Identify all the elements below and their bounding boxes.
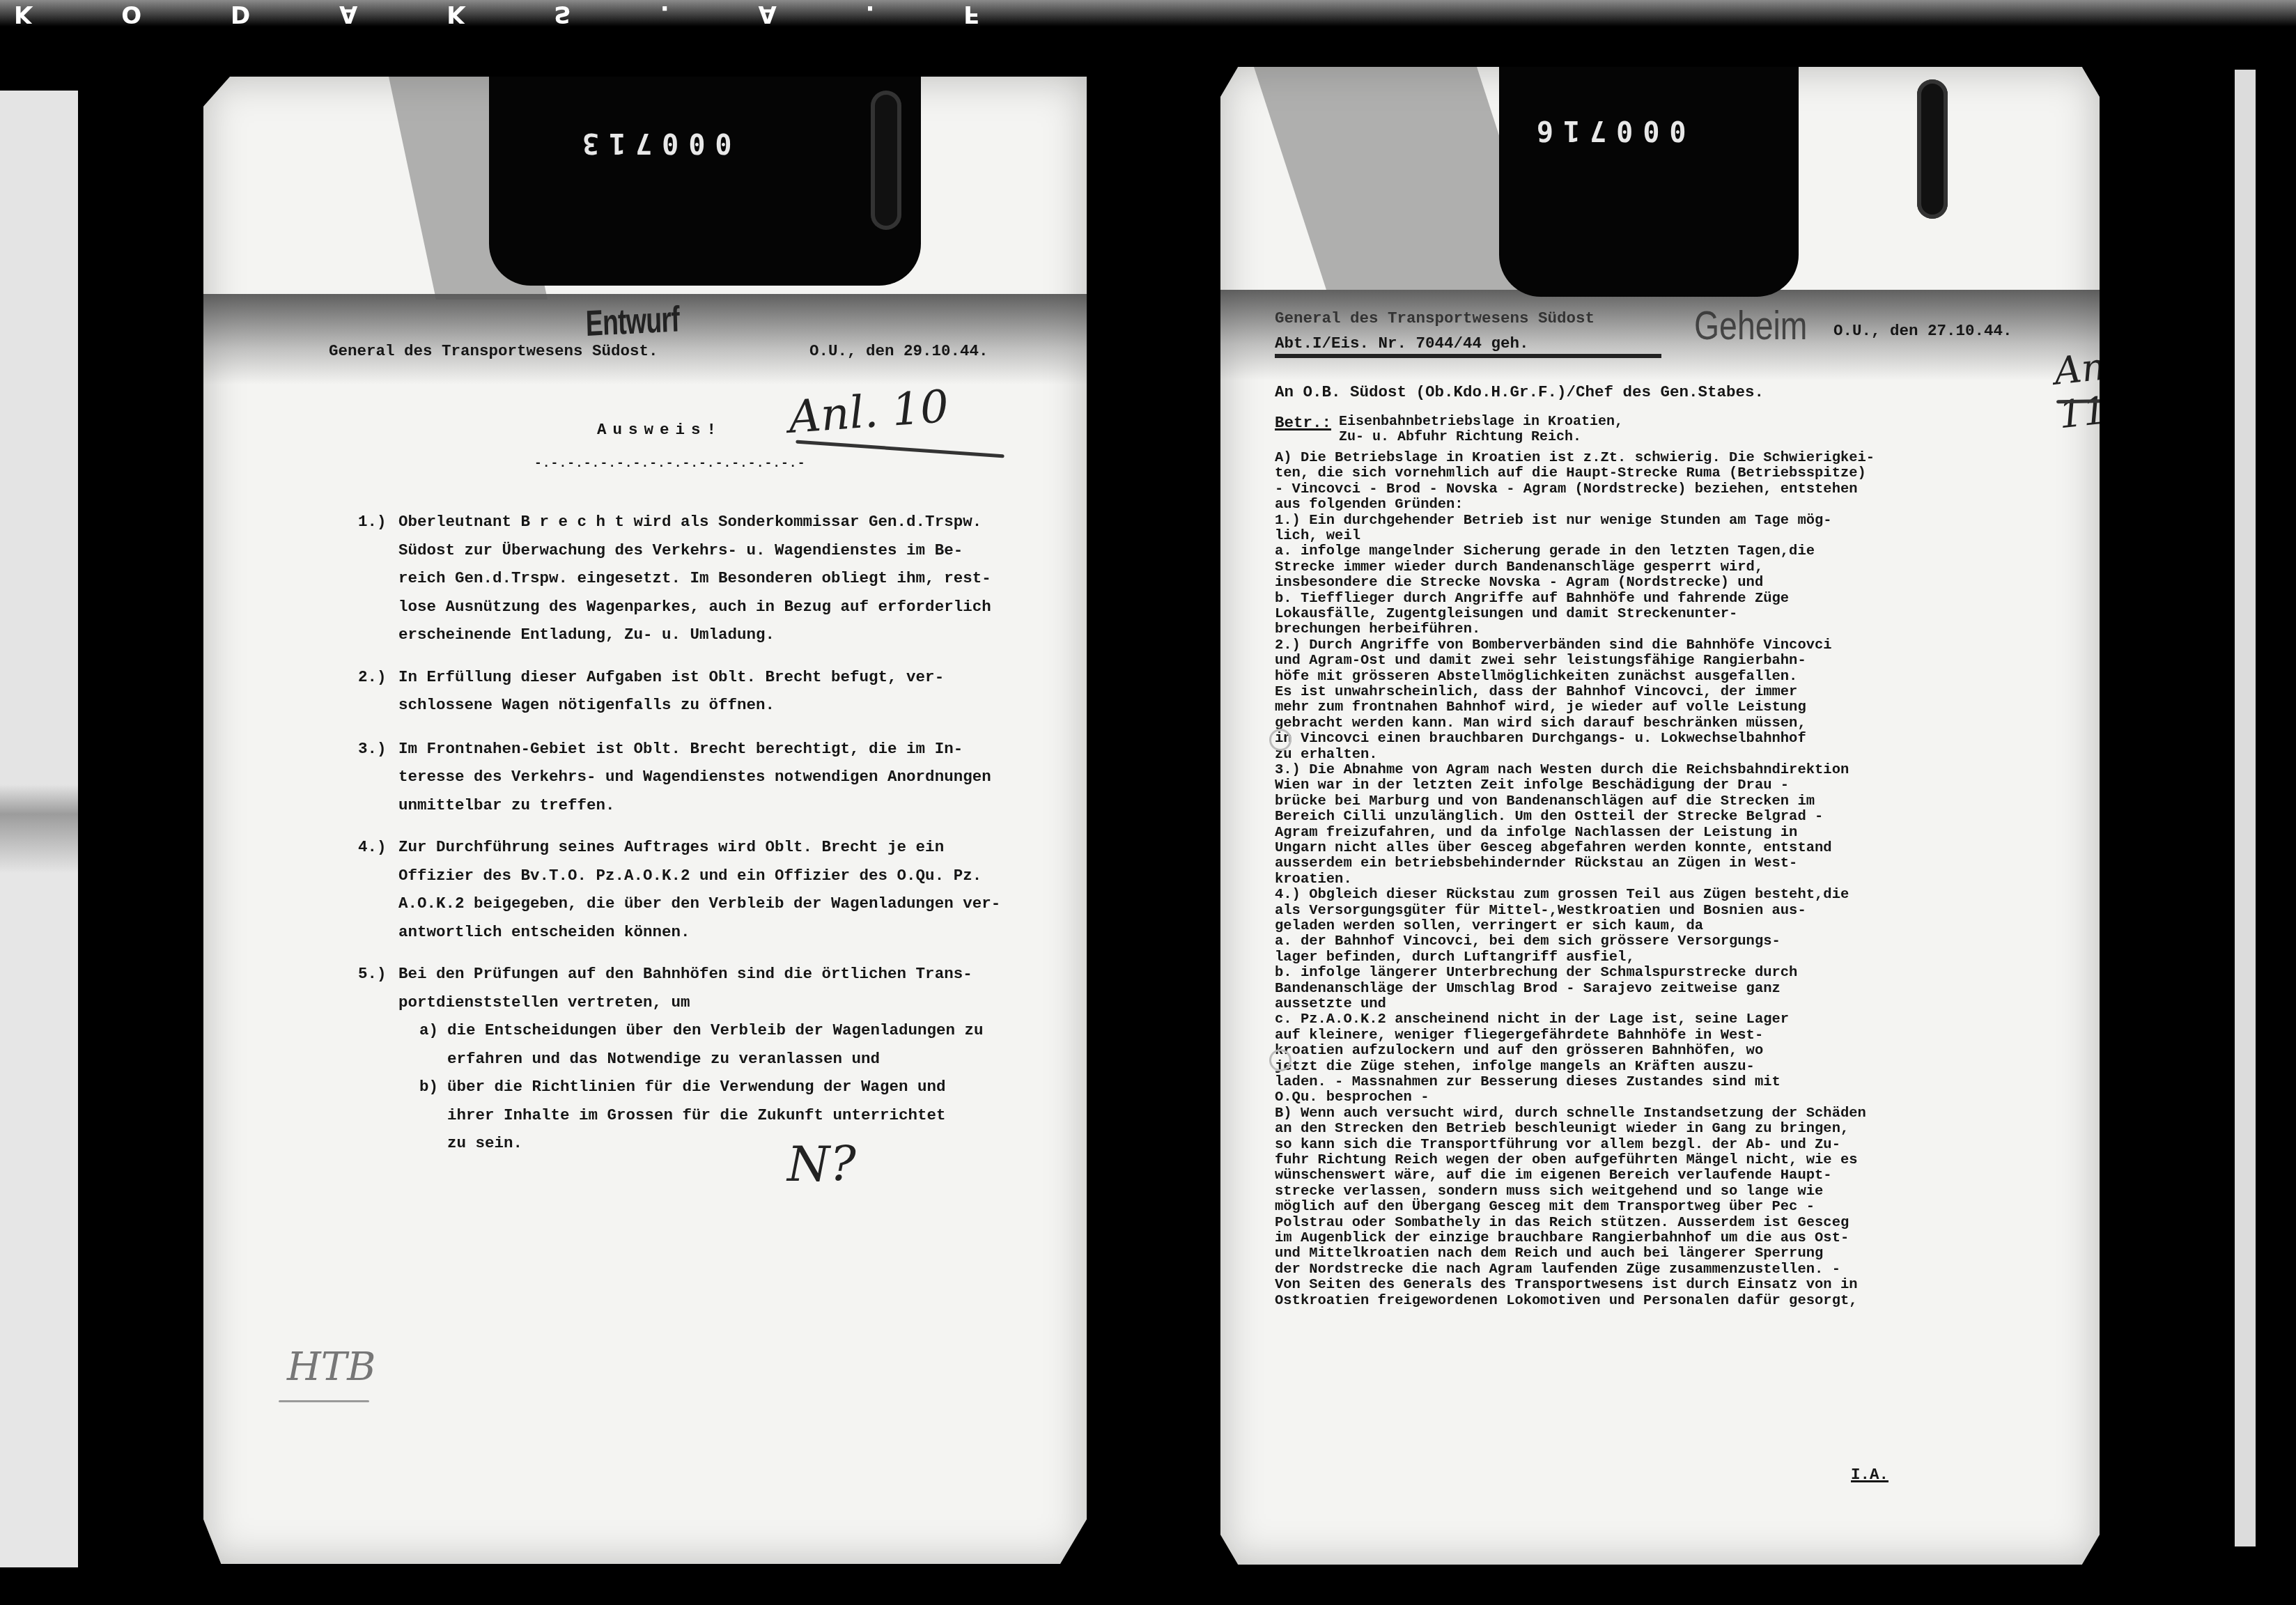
sender-line: General des Transportwesens Südost [1275,311,1595,327]
body-line: laden. - Massnahmen zur Besserung dieses… [1275,1076,1781,1090]
paragraph-line: In Erfüllung dieser Aufgaben ist Oblt. B… [398,669,944,685]
sub-item-line: ihrer Inhalte im Grossen für die Zukunft… [447,1108,946,1124]
paragraph-number: 1.) [358,514,387,530]
left-document-page: 000713 Entwurf General des Transportwese… [203,77,1087,1564]
body-line: Bereich Cilli unzulänglich. Um den Ostte… [1275,810,1823,825]
annex-underline [796,440,1004,458]
body-line: der Nordstrecke die nach Agram laufenden… [1275,1263,1840,1278]
sub-item-line: zu sein. [447,1135,522,1152]
reference-number: Abt.I/Eis. Nr. 7044/44 geh. [1275,336,1529,352]
footer-note-underline [279,1400,369,1402]
body-line: zu erhalten. [1275,748,1378,763]
sender-line: General des Transportwesens Südost. [329,343,658,359]
body-line: lich, weil [1275,529,1360,544]
right-document-page: 000716 General des Transportwesens Südos… [1220,67,2100,1565]
body-line: in Vincovci einen brauchbaren Durchgangs… [1275,732,1806,747]
sub-item-letter: a) [419,1023,438,1039]
body-line: b. Tiefflieger durch Angriffe auf Bahnhö… [1275,592,1789,607]
body-line: Es ist unwahrscheinlich, dass der Bahnho… [1275,685,1797,700]
paragraph-line: A.O.K.2 beigegeben, die über den Verblei… [398,896,1000,912]
paragraph-line: unmittelbar zu treffen. [398,798,615,814]
handwritten-footer-note: HTB [287,1344,375,1390]
subject-line: Eisenbahnbetriebslage in Kroatien, [1339,415,1623,429]
frame-counter-device: 000716 [1499,67,1799,297]
body-line: kroatien. [1275,873,1352,887]
place-date: O.U., den 27.10.44. [1833,323,2012,339]
paragraph-line: erscheinende Entladung, Zu- u. Umladung. [398,627,775,643]
handwritten-annex-number: Anl. 10 [787,381,951,444]
film-edge-text: K O D A K S . A . F [14,0,1021,28]
sub-item-line: die Entscheidungen über den Verbleib der… [447,1023,984,1039]
paragraph-number: 4.) [358,839,387,855]
paragraph-line: Oberleutnant B r e c h t wird als Sonder… [398,514,982,530]
body-line: a. der Bahnhof Vincovci, bei dem sich gr… [1275,935,1781,949]
handwritten-annex-number: Anl. 11 [2052,342,2136,437]
punch-hole [1269,729,1291,751]
body-line: Ungarn nicht alles über Gesceg abgefahre… [1275,842,1832,856]
body-line: im Augenblick der einzige brauchbare Ran… [1275,1232,1849,1246]
body-line: Ostkroatien freigewordenen Lokomotiven u… [1275,1294,1858,1309]
paragraph-line: teresse des Verkehrs- und Wagendienstes … [398,769,991,785]
handwritten-initial-mark: N? [787,1135,856,1193]
body-line: c. Pz.A.O.K.2 anscheinend nicht in der L… [1275,1013,1789,1028]
paragraph-line: Im Frontnahen-Gebiet ist Oblt. Brecht be… [398,741,963,757]
body-line: brechungen herbeiführen. [1275,623,1480,637]
document-title: Ausweis! [597,422,722,438]
body-line: so kann sich die Transportführung vor al… [1275,1138,1840,1153]
signature-abbrev: I.A. [1851,1467,1888,1483]
frame-counter-device: 000713 [489,77,921,286]
title-rule: -.-.-.-.-.-.-.-.-.-.-.-.-.-.-.-.- [534,458,805,470]
body-line: und Agram-Ost und damit zwei sehr leistu… [1275,654,1806,669]
neighbour-frame-left [0,91,78,1567]
body-line: ausserdem ein betriebsbehindernder Rücks… [1275,857,1797,871]
body-line: strecke verlassen, sondern muss sich wei… [1275,1185,1823,1200]
paragraph-line: portdienststellen vertreten, um [398,995,690,1011]
counter-knob [1917,79,1948,219]
body-line: Wien war in der letzten Zeit infolge Bes… [1275,779,1789,793]
paragraph-line: lose Ausnützung des Wagenparkes, auch in… [398,599,991,615]
body-line: geladen werden sollen, verringert er sic… [1275,920,1703,934]
subject-label: Betr.: [1275,415,1331,431]
body-line: als Versorgungsgüter für Mittel-,Westkro… [1275,904,1806,919]
paragraph-line: Zur Durchführung seines Auftrages wird O… [398,839,944,855]
addressee: An O.B. Südost (Ob.Kdo.H.Gr.F.)/Chef des… [1275,385,1764,401]
neighbour-frame-right [2235,70,2256,1546]
body-line: O.Qu. besprochen - [1275,1091,1429,1106]
paragraph-line: antwortlich entscheiden können. [398,924,690,940]
paragraph-number: 3.) [358,741,387,757]
body-line: an den Strecken den Betrieb beschleunigt… [1275,1122,1849,1137]
body-line: a. infolge mangelnder Sicherung gerade i… [1275,545,1815,559]
body-line: lager befinden, durch Luftangriff ausfie… [1275,951,1635,966]
body-line: Von Seiten des Generals des Transportwes… [1275,1278,1858,1293]
film-edge-strip: K O D A K S . A . F [0,0,2296,26]
body-line: Agram freizufahren, und da infolge Nachl… [1275,826,1797,841]
frame-counter-digits: 000713 [573,127,732,159]
body-line: 3.) Die Abnahme von Agram nach Westen du… [1275,763,1849,778]
body-line: B) Wenn auch versucht wird, durch schnel… [1275,1107,1866,1122]
body-line: aussetzte und [1275,998,1386,1012]
paragraph-line: Bei den Prüfungen auf den Bahnhöfen sind… [398,966,972,982]
subject-line: Zu- u. Abfuhr Richtung Reich. [1339,431,1581,444]
reference-rule [1275,354,1661,358]
body-line: 1.) Ein durchgehender Betrieb ist nur we… [1275,514,1832,529]
body-line: Bandenanschläge der Umschlag Brod - Sara… [1275,982,1781,997]
body-line: und Mittelkroatien nach dem Reich und au… [1275,1247,1823,1262]
body-line: fuhr Richtung Reich wegen der oben aufge… [1275,1154,1858,1168]
entwurf-stamp: Entwurf [585,298,680,344]
body-line: höfe mit grösseren Abstellmöglichkeiten … [1275,670,1797,685]
body-line: A) Die Betriebslage in Kroatien ist z.Zt… [1275,451,1875,466]
body-line: gebracht werden kann. Man wird sich dara… [1275,717,1806,731]
paragraph-line: schlossene Wagen nötigenfalls zu öffnen. [398,697,775,713]
body-line: insbesondere die Strecke Novska - Agram … [1275,576,1763,591]
body-line: b. infolge längerer Unterbrechung der Sc… [1275,966,1797,981]
body-line: brücke bei Marburg und von Bandenanschlä… [1275,795,1815,809]
body-line: - Vincovci - Brod - Novska - Agram (Nord… [1275,483,1858,497]
place-date: O.U., den 29.10.44. [809,343,988,359]
counter-knob [871,91,901,230]
body-line: kroatien aufzulockern und auf den grösse… [1275,1044,1763,1059]
paragraph-number: 2.) [358,669,387,685]
body-line: ten, die sich vornehmlich auf die Haupt-… [1275,467,1866,481]
paragraph-line: Offizier des Bv.T.O. Pz.A.O.K.2 und ein … [398,868,982,884]
body-line: wünschenswert wäre, auf die im eigenen B… [1275,1169,1832,1184]
body-line: aus folgenden Gründen: [1275,498,1464,513]
body-line: möglich auf den Übergang Gesceg mit dem … [1275,1200,1815,1215]
sub-item-letter: b) [419,1079,438,1095]
body-line: Strecke immer wieder durch Bandenanschlä… [1275,561,1763,575]
paragraph-line: Südost zur Überwachung des Verkehrs- u. … [398,543,963,559]
sub-item-line: über die Richtlinien für die Verwendung … [447,1079,946,1095]
punch-hole [1269,1049,1291,1071]
geheim-stamp: Geheim [1694,302,1807,349]
paragraph-number: 5.) [358,966,387,982]
body-line: Lokausfälle, Zugentgleisungen und damit … [1275,607,1737,622]
body-line: 4.) Obgleich dieser Rückstau zum grossen… [1275,888,1849,903]
body-line: mehr zum frontnahen Bahnhof wird, je wie… [1275,701,1806,715]
paragraph-line: reich Gen.d.Trspw. eingesetzt. Im Besond… [398,571,991,587]
body-line: jetzt die Züge stehen, infolge mangels a… [1275,1060,1755,1075]
body-line: auf kleinere, weniger fliegergefährdete … [1275,1029,1763,1044]
body-line: 2.) Durch Angriffe von Bomberverbänden s… [1275,639,1832,653]
body-line: Polstrau oder Sombathely in das Reich st… [1275,1216,1849,1231]
sub-item-line: erfahren und das Notwendige zu veranlass… [447,1051,880,1067]
frame-counter-digits: 000716 [1527,114,1686,146]
